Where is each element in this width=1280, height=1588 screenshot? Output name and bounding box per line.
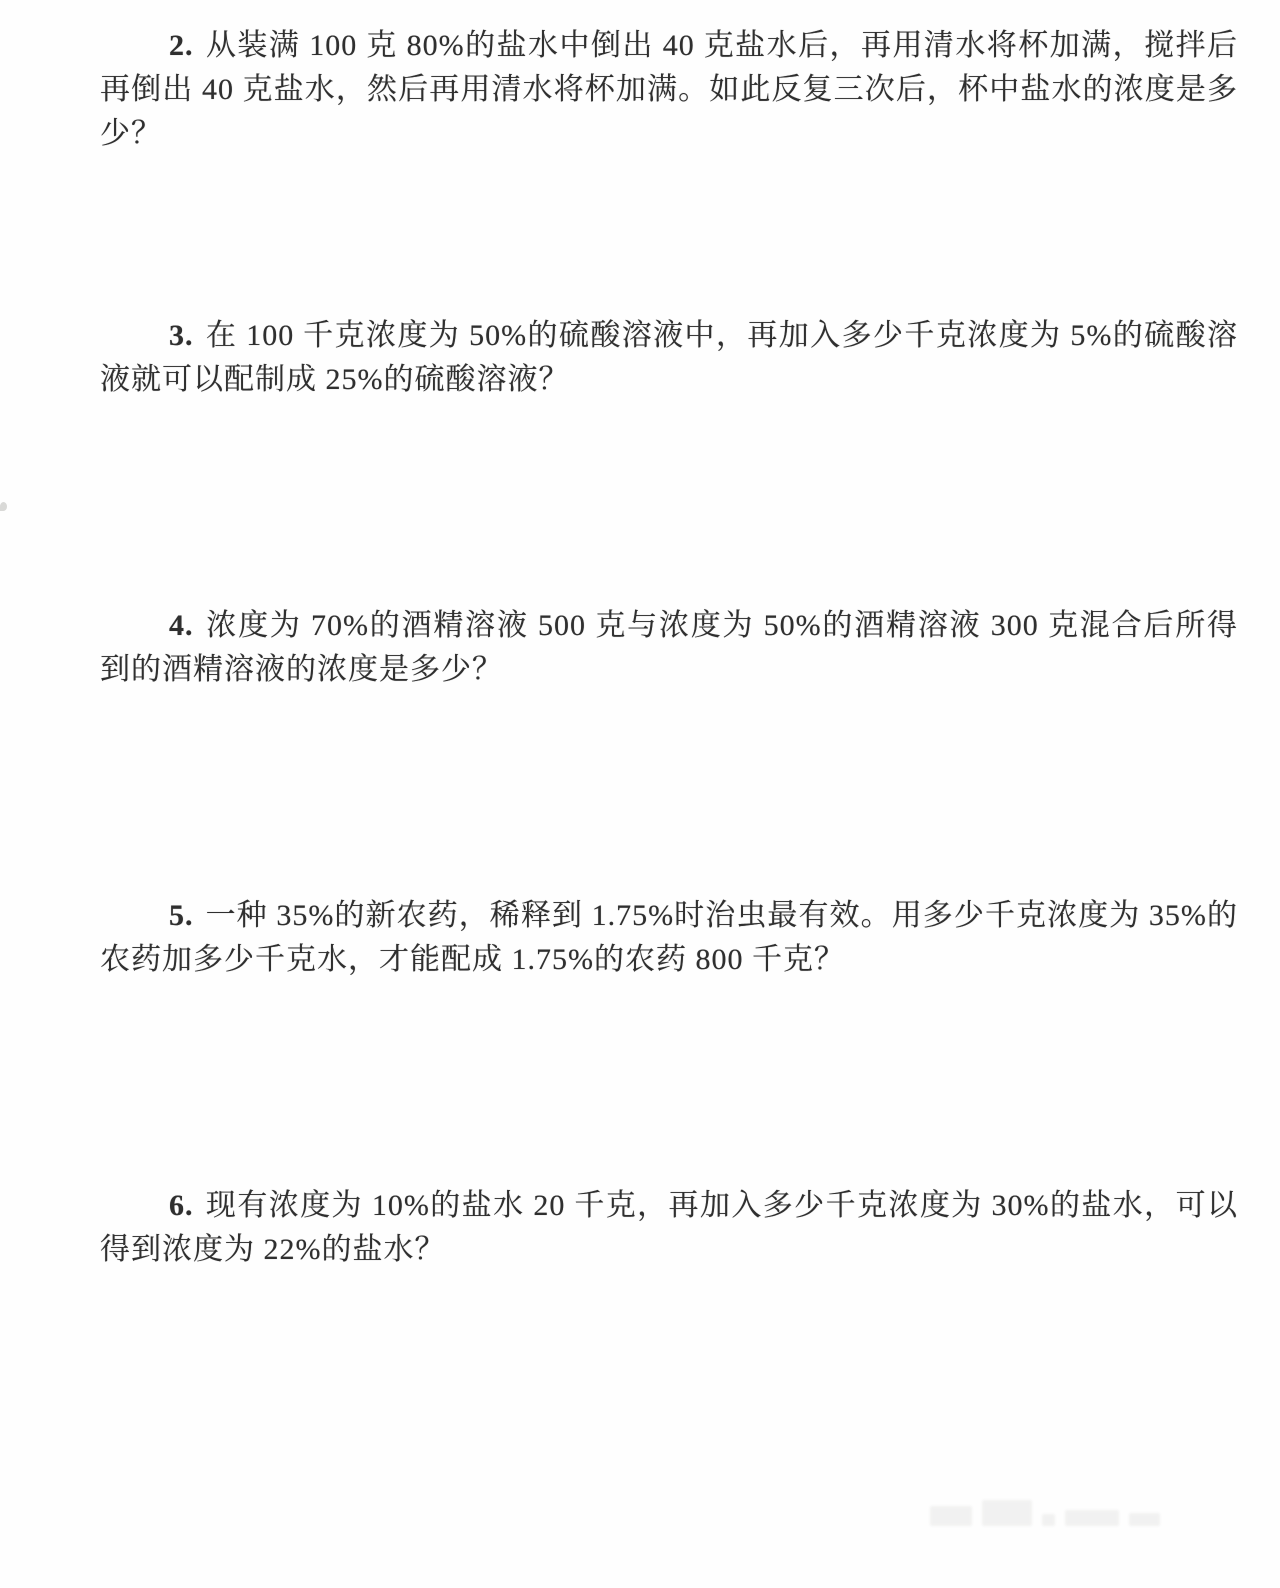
problem-6-text: 6.现有浓度为 10%的盐水 20 千克，再加入多少千克浓度为 30%的盐水，可…: [100, 1184, 1238, 1272]
watermark-blob: [930, 1506, 972, 1526]
problem-4-number: 4.: [169, 609, 194, 642]
problem-4: 4.浓度为 70%的酒精溶液 500 克与浓度为 50%的酒精溶液 300 克混…: [100, 604, 1238, 894]
faint-watermark: [930, 1492, 1160, 1526]
problem-3-body: 在 100 千克浓度为 50%的硫酸溶液中，再加入多少千克浓度为 5%的硫酸溶液…: [100, 319, 1238, 396]
problem-5: 5.一种 35%的新农药，稀释到 1.75%时治虫最有效。用多少千克浓度为 35…: [100, 894, 1238, 1184]
problem-4-text: 4.浓度为 70%的酒精溶液 500 克与浓度为 50%的酒精溶液 300 克混…: [100, 604, 1238, 692]
problem-2-text: 2.从装满 100 克 80%的盐水中倒出 40 克盐水后，再用清水将杯加满，搅…: [100, 24, 1238, 156]
watermark-blob: [1065, 1510, 1119, 1526]
problem-5-body: 一种 35%的新农药，稀释到 1.75%时治虫最有效。用多少千克浓度为 35%的…: [100, 899, 1238, 976]
watermark-blob: [1042, 1514, 1055, 1526]
problem-4-body: 浓度为 70%的酒精溶液 500 克与浓度为 50%的酒精溶液 300 克混合后…: [100, 609, 1238, 686]
problem-5-text: 5.一种 35%的新农药，稀释到 1.75%时治虫最有效。用多少千克浓度为 35…: [100, 894, 1238, 982]
problem-2-number: 2.: [169, 29, 194, 62]
watermark-blob: [982, 1500, 1032, 1526]
problem-3: 3.在 100 千克浓度为 50%的硫酸溶液中，再加入多少千克浓度为 5%的硫酸…: [100, 314, 1238, 604]
problem-3-number: 3.: [169, 319, 194, 352]
problem-3-text: 3.在 100 千克浓度为 50%的硫酸溶液中，再加入多少千克浓度为 5%的硫酸…: [100, 314, 1238, 402]
worksheet-content: 2.从装满 100 克 80%的盐水中倒出 40 克盐水后，再用清水将杯加满，搅…: [100, 24, 1238, 1474]
problem-6-body: 现有浓度为 10%的盐水 20 千克，再加入多少千克浓度为 30%的盐水，可以得…: [100, 1189, 1238, 1266]
problem-6-number: 6.: [169, 1189, 194, 1222]
problem-5-number: 5.: [169, 899, 194, 932]
document-page: 2.从装满 100 克 80%的盐水中倒出 40 克盐水后，再用清水将杯加满，搅…: [0, 0, 1280, 1588]
problem-2: 2.从装满 100 克 80%的盐水中倒出 40 克盐水后，再用清水将杯加满，搅…: [100, 24, 1238, 314]
scan-artifact-speck: [0, 502, 7, 511]
problem-6: 6.现有浓度为 10%的盐水 20 千克，再加入多少千克浓度为 30%的盐水，可…: [100, 1184, 1238, 1474]
watermark-blob: [1129, 1513, 1160, 1526]
problem-2-body: 从装满 100 克 80%的盐水中倒出 40 克盐水后，再用清水将杯加满，搅拌后…: [100, 29, 1238, 150]
